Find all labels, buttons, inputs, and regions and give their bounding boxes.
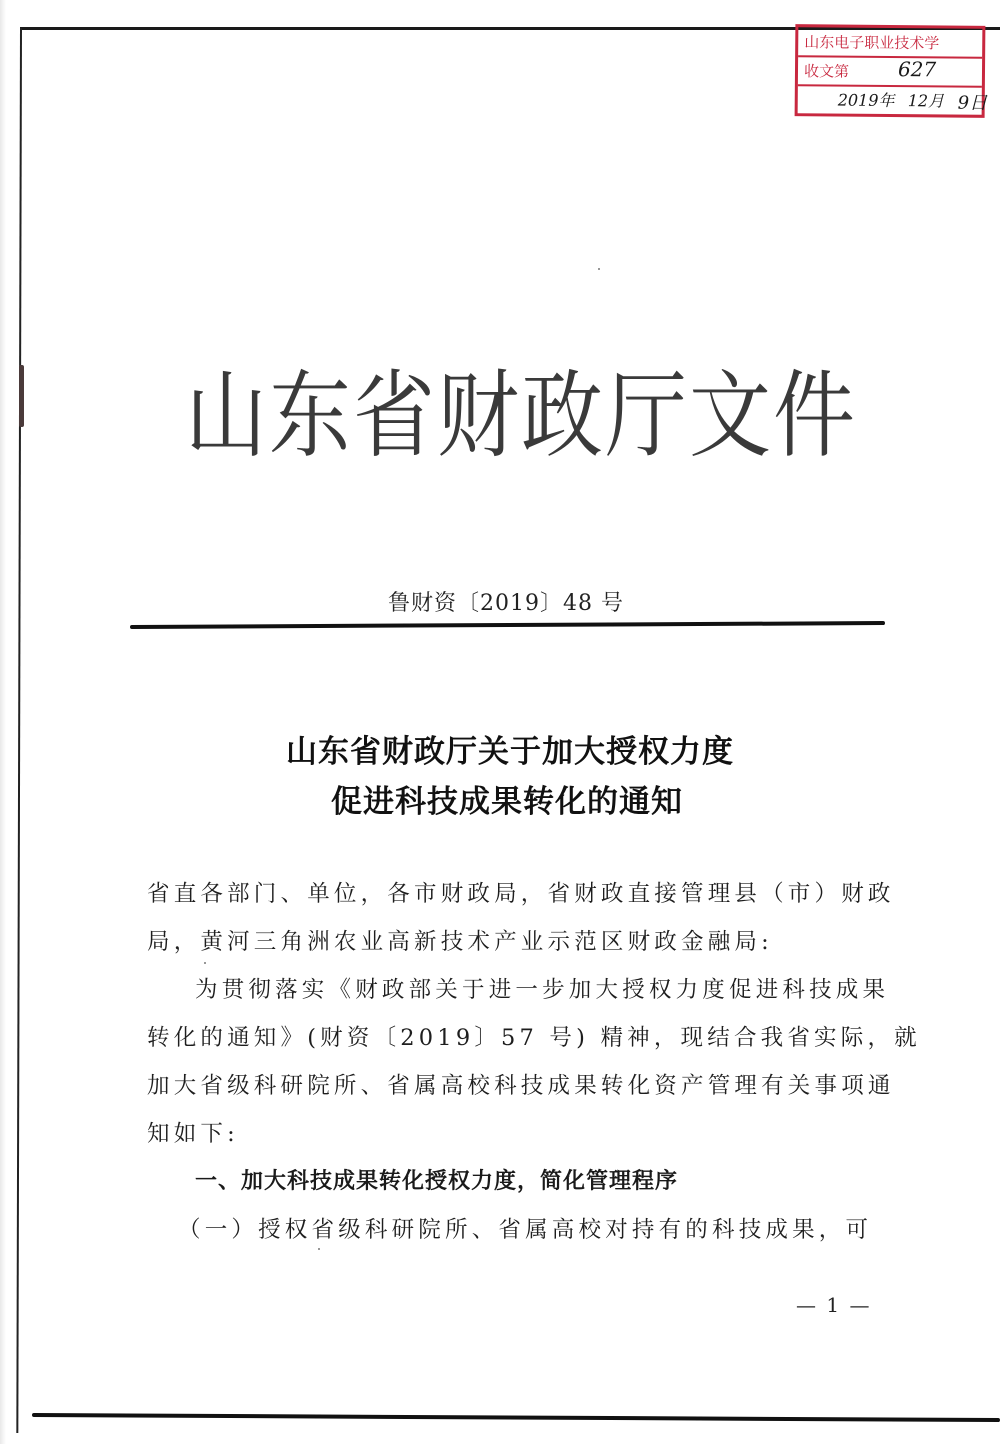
stamp-number: 627 (898, 57, 936, 81)
notice-title-line1: 山东省财政厅关于加大授权力度 (0, 726, 1000, 771)
stamp-institution: 山东电子职业技术学 (804, 31, 939, 53)
stamp-date-month: 12月 (908, 88, 945, 111)
stamp-date-year: 2019年 (838, 88, 895, 111)
scan-speck (204, 962, 206, 964)
page-number: — 1 — (796, 1293, 871, 1317)
stamp-number-label: 收文第 (804, 60, 849, 81)
scan-edge-shadow (0, 0, 6, 1444)
addressee-line1: 省直各部门、单位，各市财政局，省财政直接管理县（市）财政 (147, 876, 895, 908)
notice-title-line2: 促进科技成果转化的通知 (0, 776, 1000, 821)
receipt-stamp: 山东电子职业技术学 收文第 627 2019年 12月 9日 (795, 24, 986, 118)
body-paragraph-line1: 为贯彻落实《财政部关于进一步加大授权力度促进科技成果 (195, 972, 889, 1004)
stamp-number-row: 收文第 627 (798, 56, 982, 88)
body-paragraph-line3: 加大省级科研院所、省属高校科技成果转化资产管理有关事项通 (147, 1068, 895, 1100)
addressee-line2: 局，黄河三角洲农业高新技术产业示范区财政金融局: (147, 924, 773, 956)
body-paragraph-line4: 知如下: (147, 1116, 239, 1148)
scan-speck (472, 944, 474, 946)
item-1-line: （一）授权省级科研院所、省属高校对持有的科技成果，可 (178, 1212, 872, 1244)
page-border-bottom (32, 1413, 1000, 1422)
stamp-date-row: 2019年 12月 9日 (798, 85, 982, 117)
section-heading: 一、加大科技成果转化授权力度，简化管理程序 (195, 1164, 678, 1195)
body-paragraph-line2: 转化的通知》(财资〔2019〕57 号) 精神，现结合我省实际，就 (147, 1020, 921, 1052)
stamp-institution-row: 山东电子职业技术学 (798, 27, 982, 59)
header-divider (130, 621, 885, 629)
stamp-date-day: 9日 (958, 89, 988, 115)
document-number: 鲁财资〔2019〕48 号 (388, 586, 624, 617)
staple-mark (19, 365, 24, 427)
scan-speck (598, 268, 600, 270)
document-header-title: 山东省财政厅文件 (185, 348, 825, 486)
scan-speck (318, 1248, 320, 1250)
